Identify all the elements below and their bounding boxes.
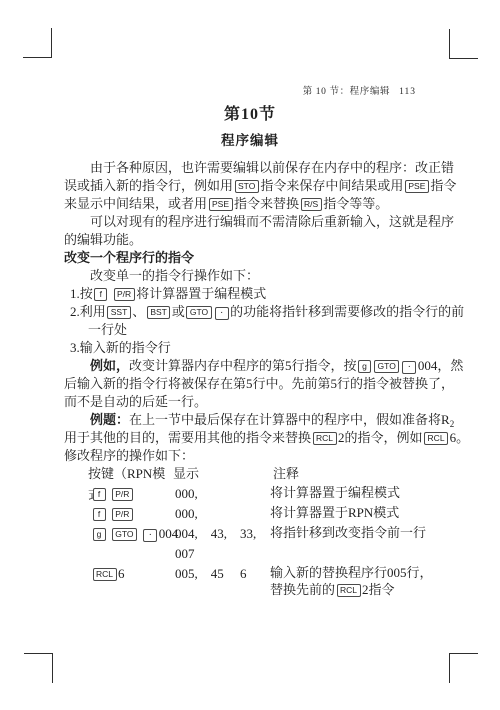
keycap-f: f	[93, 508, 106, 522]
note-line: 输入新的替换程序行005行，	[270, 564, 442, 581]
text-line: 2.利用SST、BST或GTO·的功能将指针移到需要修改的指令行的前	[70, 303, 442, 321]
note-line: 替换先前的RCL2指令	[270, 581, 442, 598]
text-run: 2指令	[362, 582, 395, 597]
text-run: 2.利用	[70, 304, 106, 319]
cell-keys: g GTO ·004	[91, 524, 175, 544]
cell-display: 004, 43, 33,007	[175, 524, 270, 564]
text-run	[64, 358, 90, 373]
text-run: 将计算器置于编程模式	[270, 485, 400, 500]
keycap-p-r: P/R	[112, 508, 133, 522]
cell-display: 000,	[175, 504, 270, 524]
text-run: 1.按	[70, 286, 93, 301]
running-header: 第 10 节：程序编辑113	[303, 83, 416, 97]
text-line: 1.按f P/R将计算器置于编程模式	[70, 285, 442, 303]
keycap-dot: ·	[215, 307, 229, 321]
text-run	[107, 506, 110, 521]
text-run: 将计算器置于RPN模式	[270, 505, 399, 520]
cell-note: 输入新的替换程序行005行，替换先前的RCL2指令	[270, 564, 442, 598]
text-run: 将指针移到改变指令前一行	[270, 525, 426, 540]
text-run: 输入新的替换程序行005行，	[270, 565, 433, 580]
text-line: 用于其他的目的，需要用其他的指令来替换RCL2的指令，例如RCL6。	[64, 429, 442, 447]
text-run: 来显示中间结果，或者用	[64, 196, 207, 211]
text-run: 修改程序的操作如下：	[64, 448, 194, 463]
keycap-dot: ·	[402, 361, 416, 375]
keycap-sst: SST	[107, 306, 131, 320]
note-line: 将指针移到改变指令前一行	[270, 524, 442, 541]
text-line: 而不是自动的后延一行。	[64, 393, 442, 411]
chapter-title: 程序编辑	[64, 129, 436, 149]
keycap-dot: ·	[143, 529, 157, 543]
text-run: 3.输入新的指令行	[70, 340, 171, 355]
text-run: 而不是自动的后延一行。	[64, 394, 207, 409]
bold-text-run: 例题：	[90, 412, 129, 427]
text-line: 例如，改变计算器内存中程序的第5行指令，按gGTO·004，然	[64, 357, 442, 375]
display-value: 000,	[175, 504, 270, 524]
keycap-rcl: RCL	[337, 584, 361, 598]
text-line: 由于各种原因，也许需要编辑以前保存在内存中的程序：改正错	[64, 159, 442, 177]
cell-keys: RCL6	[91, 564, 175, 584]
keycap-p-r: P/R	[114, 288, 135, 302]
text-run: 指令来保存中间结果或用	[260, 178, 403, 193]
text-run: 或	[172, 304, 185, 319]
keycap-gto: GTO	[112, 528, 137, 542]
text-run: 后输入新的指令行将被保存在第5行中。先前第5行的指令被替换了，	[64, 376, 454, 391]
cell-note: 将计算器置于RPN模式	[270, 504, 442, 521]
cell-note: 将计算器置于编程模式	[270, 484, 442, 501]
text-line: 例题：在上一节中最后保存在计算器中的程序中，假如准备将R2	[64, 411, 442, 429]
text-run: 004，然	[418, 358, 464, 373]
text-run: 误或插入新的指令行，例如用	[64, 178, 233, 193]
text-run	[109, 286, 112, 301]
cell-display: 005, 45 6	[175, 564, 270, 584]
text-run: 由于各种原因，也许需要编辑以前保存在内存中的程序：改正错	[64, 160, 454, 175]
text-run: 的功能将指针移到需要修改的指令行的前	[230, 304, 464, 319]
text-run: 将计算器置于编程模式	[136, 286, 266, 301]
table-row: RCL6005, 45 6输入新的替换程序行005行，替换先前的RCL2指令	[64, 564, 442, 598]
keycap-rcl: RCL	[424, 432, 448, 446]
subscript-text: 2	[450, 419, 455, 429]
text-line: 误或插入新的指令行，例如用STO指令来保存中间结果或用PSE指令	[64, 177, 442, 195]
table-header-row: 按键（RPN模式） 显示 注释	[64, 463, 442, 484]
keycap-gto: GTO	[186, 306, 211, 320]
cell-display: 000,	[175, 484, 270, 504]
table-row: f P/R000,将计算器置于RPN模式	[64, 504, 442, 524]
table-row: g GTO ·004004, 43, 33,007将指针移到改变指令前一行	[64, 524, 442, 564]
text-run: 6。	[450, 430, 470, 445]
text-run	[107, 486, 110, 501]
note-line: 将计算器置于编程模式	[270, 484, 442, 501]
crop-mark-top-left	[23, 28, 52, 58]
text-line: 后输入新的指令行将被保存在第5行中。先前第5行的指令被替换了，	[64, 375, 442, 393]
text-run: 指令来替换	[234, 196, 299, 211]
cell-note: 将指针移到改变指令前一行	[270, 524, 442, 541]
keycap-sto: STO	[235, 180, 259, 194]
keycap-rcl: RCL	[313, 432, 337, 446]
running-header-section: 第 10 节：程序编辑	[303, 87, 390, 97]
keycap-pse: PSE	[405, 180, 429, 194]
text-run: 指令	[430, 178, 456, 193]
text-run: 6	[118, 566, 125, 581]
text-run: 改变单一的指令行操作如下：	[64, 268, 259, 283]
text-run	[139, 526, 142, 541]
text-run: 改变计算器内存中程序的第5行指令，按	[129, 358, 357, 373]
text-run: 替换先前的	[270, 582, 335, 597]
text-run: 一行处	[88, 322, 127, 337]
text-run: 、	[132, 304, 145, 319]
cell-keys: f P/R	[91, 484, 175, 504]
text-line: 改变单一的指令行操作如下：	[64, 267, 442, 285]
table-row: f P/R000,将计算器置于编程模式	[64, 484, 442, 504]
cell-keys: f P/R	[91, 504, 175, 524]
text-run: 可以对现有的程序进行编辑而不需清除后重新输入，这就是程序	[64, 214, 454, 229]
text-line: 可以对现有的程序进行编辑而不需清除后重新输入，这就是程序	[64, 213, 442, 231]
body-text: 由于各种原因，也许需要编辑以前保存在内存中的程序：改正错误或插入新的指令行，例如…	[64, 159, 442, 465]
manual-page: 第 10 节：程序编辑113 第10节 程序编辑 由于各种原因，也许需要编辑以前…	[0, 0, 500, 710]
display-value: 000,	[175, 484, 270, 504]
text-run	[64, 412, 90, 427]
crop-mark-bottom-right	[449, 653, 478, 683]
bold-text-run: 改变一个程序行的指令	[64, 250, 194, 265]
table-rows: f P/R000,将计算器置于编程模式f P/R000,将计算器置于RPN模式g…	[64, 484, 442, 598]
text-line: 改变一个程序行的指令	[64, 249, 442, 267]
text-line: 的编辑功能。	[64, 231, 442, 249]
text-run: 用于其他的目的，需要用其他的指令来替换	[64, 430, 311, 445]
column-header-note: 注释	[273, 463, 442, 484]
text-run: 在上一节中最后保存在计算器中的程序中，假如准备将R	[129, 412, 450, 427]
display-value: 007	[175, 544, 270, 564]
keycap-g: g	[93, 528, 106, 542]
crop-mark-bottom-left	[24, 653, 53, 683]
keystroke-table: 按键（RPN模式） 显示 注释 f P/R000,将计算器置于编程模式f P/R…	[64, 463, 442, 598]
page-number: 113	[399, 87, 416, 97]
text-run: 2的指令，例如	[338, 430, 423, 445]
note-line: 将计算器置于RPN模式	[270, 504, 442, 521]
section-title: 第10节	[64, 101, 436, 124]
keycap-f: f	[93, 488, 106, 502]
text-run: 指令等等。	[323, 196, 388, 211]
keycap-rcl: RCL	[93, 568, 117, 582]
keycap-f: f	[94, 288, 107, 302]
column-header-display: 显示	[173, 463, 273, 484]
keycap-pse: PSE	[209, 198, 233, 212]
text-line: 一行处	[88, 321, 442, 339]
keycap-g: g	[358, 360, 371, 374]
keycap-r-s: R/S	[301, 198, 322, 212]
text-run	[107, 526, 110, 541]
text-line: 来显示中间结果，或者用PSE指令来替换R/S指令等等。	[64, 195, 442, 213]
bold-text-run: 例如，	[90, 358, 129, 373]
keycap-p-r: P/R	[112, 488, 133, 502]
display-value: 005, 45 6	[175, 564, 270, 584]
keycap-bst: BST	[147, 306, 171, 320]
display-value: 004, 43, 33,	[175, 524, 270, 544]
text-line: 3.输入新的指令行	[70, 339, 442, 357]
crop-mark-top-right	[449, 29, 478, 59]
text-run: 的编辑功能。	[64, 232, 142, 247]
keycap-gto: GTO	[374, 360, 399, 374]
